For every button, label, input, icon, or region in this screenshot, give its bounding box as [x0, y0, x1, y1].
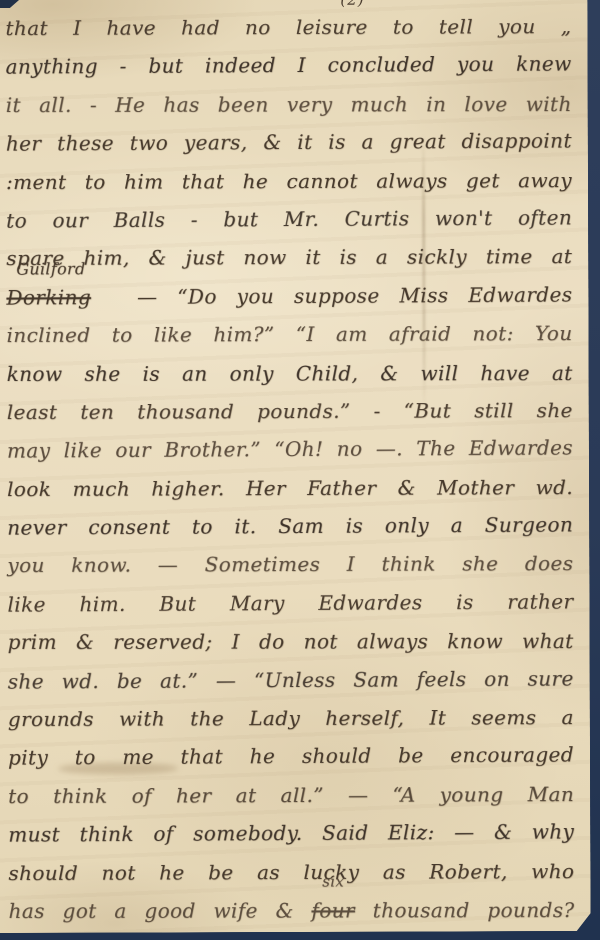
manuscript-line: know she is an only Child, & will have a…: [7, 354, 573, 393]
manuscript-line: anything - but indeed I concluded you kn…: [6, 45, 572, 87]
manuscript-line: that I have had no leisure to tell you „: [5, 7, 571, 47]
manuscript-line: may like our Brother.” “Oh! no —. The Ed…: [7, 429, 573, 471]
manuscript-line: least ten thousand pounds.” - “But still…: [7, 391, 573, 431]
struck-word-four: four: [311, 898, 355, 922]
correction-amount: sixfour„: [311, 891, 355, 929]
manuscript-line: should not he be as lucky as Robert, who: [8, 852, 574, 892]
manuscript-line: it all. - He has been very much in love …: [6, 85, 572, 124]
manuscript-text: that I have had no leisure to tell you „…: [5, 7, 574, 930]
manuscript-page: (2) that I have had no leisure to tell y…: [0, 0, 591, 933]
manuscript-line: to think of her at all.” — “A young Man: [8, 775, 574, 815]
manuscript-line: like him. But Mary Edwardes is rather: [7, 582, 573, 624]
manuscript-line: you know. — Sometimes I think she does: [7, 544, 573, 584]
manuscript-line: she wd. be at.” — “Unless Sam feels on s…: [8, 659, 574, 701]
inserted-word-six: six: [322, 873, 344, 889]
line-text: — “Do you suppose Miss Edwardes: [137, 282, 572, 308]
manuscript-line: prim & reserved; I do not always know wh…: [8, 622, 574, 661]
manuscript-line: her these two years, & it is a great dis…: [6, 122, 572, 164]
manuscript-line: look much higher. Her Father & Mother wd…: [7, 468, 573, 508]
manuscript-line: never consent to it. Sam is only a Surge…: [7, 506, 573, 548]
insertion-caret: „: [331, 929, 337, 939]
manuscript-line: grounds with the Lady herself, It seems …: [8, 698, 574, 738]
correction-place-name: GuilfordDorking: [6, 278, 91, 317]
manuscript-line: inclined to like him?” “I am afraid not:…: [6, 314, 572, 354]
line-text: thousand pounds?: [355, 898, 575, 922]
line-text: has got a good wife &: [9, 898, 312, 923]
manuscript-line: must think of somebody. Said Eliz: — & w…: [8, 813, 574, 855]
manuscript-line-correction: GuilfordDorking— “Do you suppose Miss Ed…: [6, 275, 572, 317]
manuscript-line: :ment to him that he cannot always get a…: [6, 161, 572, 201]
manuscript-line-correction: has got a good wife & sixfour„ thousand …: [9, 891, 575, 930]
inserted-word-guilford: Guilford: [16, 261, 85, 277]
manuscript-line: pity to me that he should be encouraged: [8, 736, 574, 778]
manuscript-line: spare him, & just now it is a sickly tim…: [6, 237, 572, 277]
struck-word-dorking: Dorking: [6, 285, 91, 309]
manuscript-line: to our Balls - but Mr. Curtis won't ofte…: [6, 198, 572, 240]
